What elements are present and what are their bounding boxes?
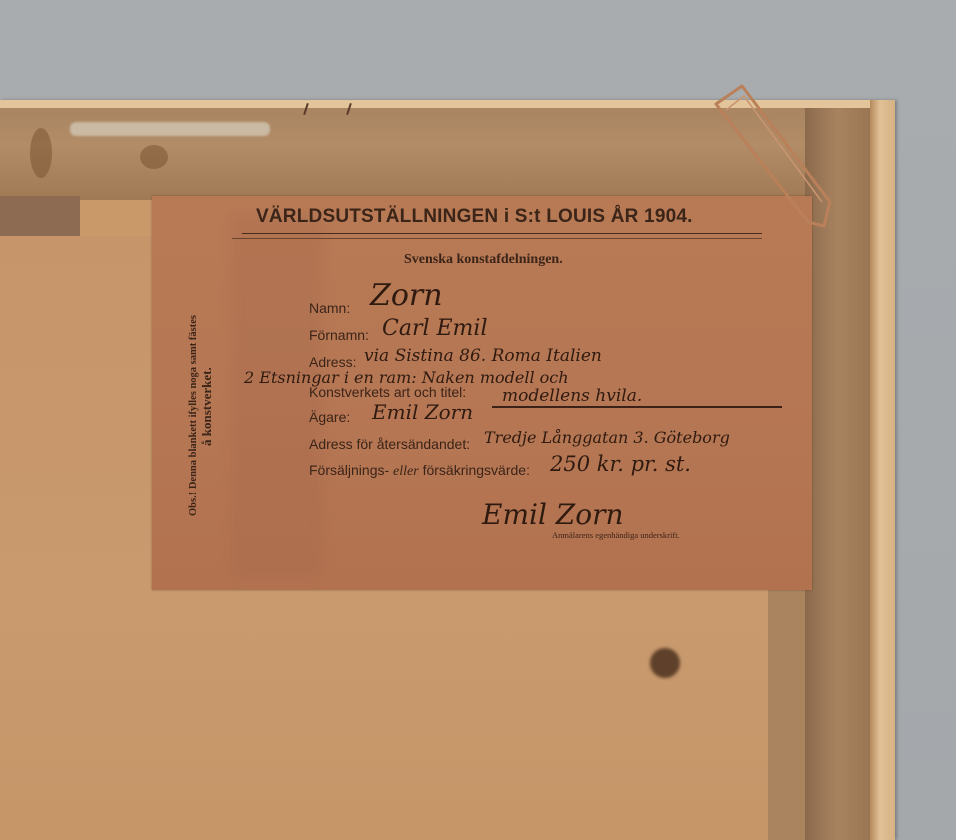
varde-label-post: försäkringsvärde: <box>423 462 530 478</box>
underline <box>492 406 782 408</box>
label-subtitle: Svenska konstafdelningen. <box>404 252 563 268</box>
field-varde-value: 250 kr. pr. st. <box>550 452 691 476</box>
field-agare-label: Ägare: <box>309 409 350 425</box>
field-namn-label: Namn: <box>309 300 350 316</box>
field-varde-label: Försäljnings- eller försäkringsvärde: <box>309 462 530 480</box>
field-agare-value: Emil Zorn <box>372 400 473 424</box>
field-retur-value: Tredje Långgatan 3. Göteborg <box>484 428 730 447</box>
signature: Emil Zorn <box>482 498 624 531</box>
side-note-line1: Obs.! Denna blankett ifylles noga samt f… <box>188 315 199 516</box>
title-rule <box>232 238 762 239</box>
label-title: VÄRLDSUTSTÄLLNINGEN i S:t LOUIS ÅR 1904. <box>256 206 693 228</box>
field-fornamn-label: Förnamn: <box>309 327 369 343</box>
field-konstverk-value-line2: modellens hvila. <box>502 386 642 406</box>
side-note-line2: å konstverket. <box>199 315 215 446</box>
field-namn-value: Zorn <box>370 278 443 313</box>
paperclip-hanger-icon <box>712 84 842 234</box>
field-retur-label: Adress för återsändandet: <box>309 436 470 452</box>
ink-splatter <box>650 648 680 678</box>
side-note: Obs.! Denna blankett ifylles noga samt f… <box>188 315 215 516</box>
stain <box>140 145 168 169</box>
tape-fragment <box>0 196 80 236</box>
signature-caption: Anmälarens egenhändiga underskrift. <box>552 530 680 540</box>
stain <box>30 128 52 178</box>
field-fornamn-value: Carl Emil <box>382 316 488 341</box>
varde-label-eller: eller <box>393 464 419 479</box>
title-rule <box>242 233 762 234</box>
field-adress-value: via Sistina 86. Roma Italien <box>364 346 602 366</box>
exhibition-label: VÄRLDSUTSTÄLLNINGEN i S:t LOUIS ÅR 1904.… <box>152 196 812 590</box>
board-right-edge <box>870 100 895 840</box>
field-konstverk-label: Konstverkets art och titel: <box>309 384 466 400</box>
panel-edge <box>768 590 805 840</box>
varde-label-pre: Försäljnings- <box>309 462 389 478</box>
paper-residue <box>70 122 270 136</box>
